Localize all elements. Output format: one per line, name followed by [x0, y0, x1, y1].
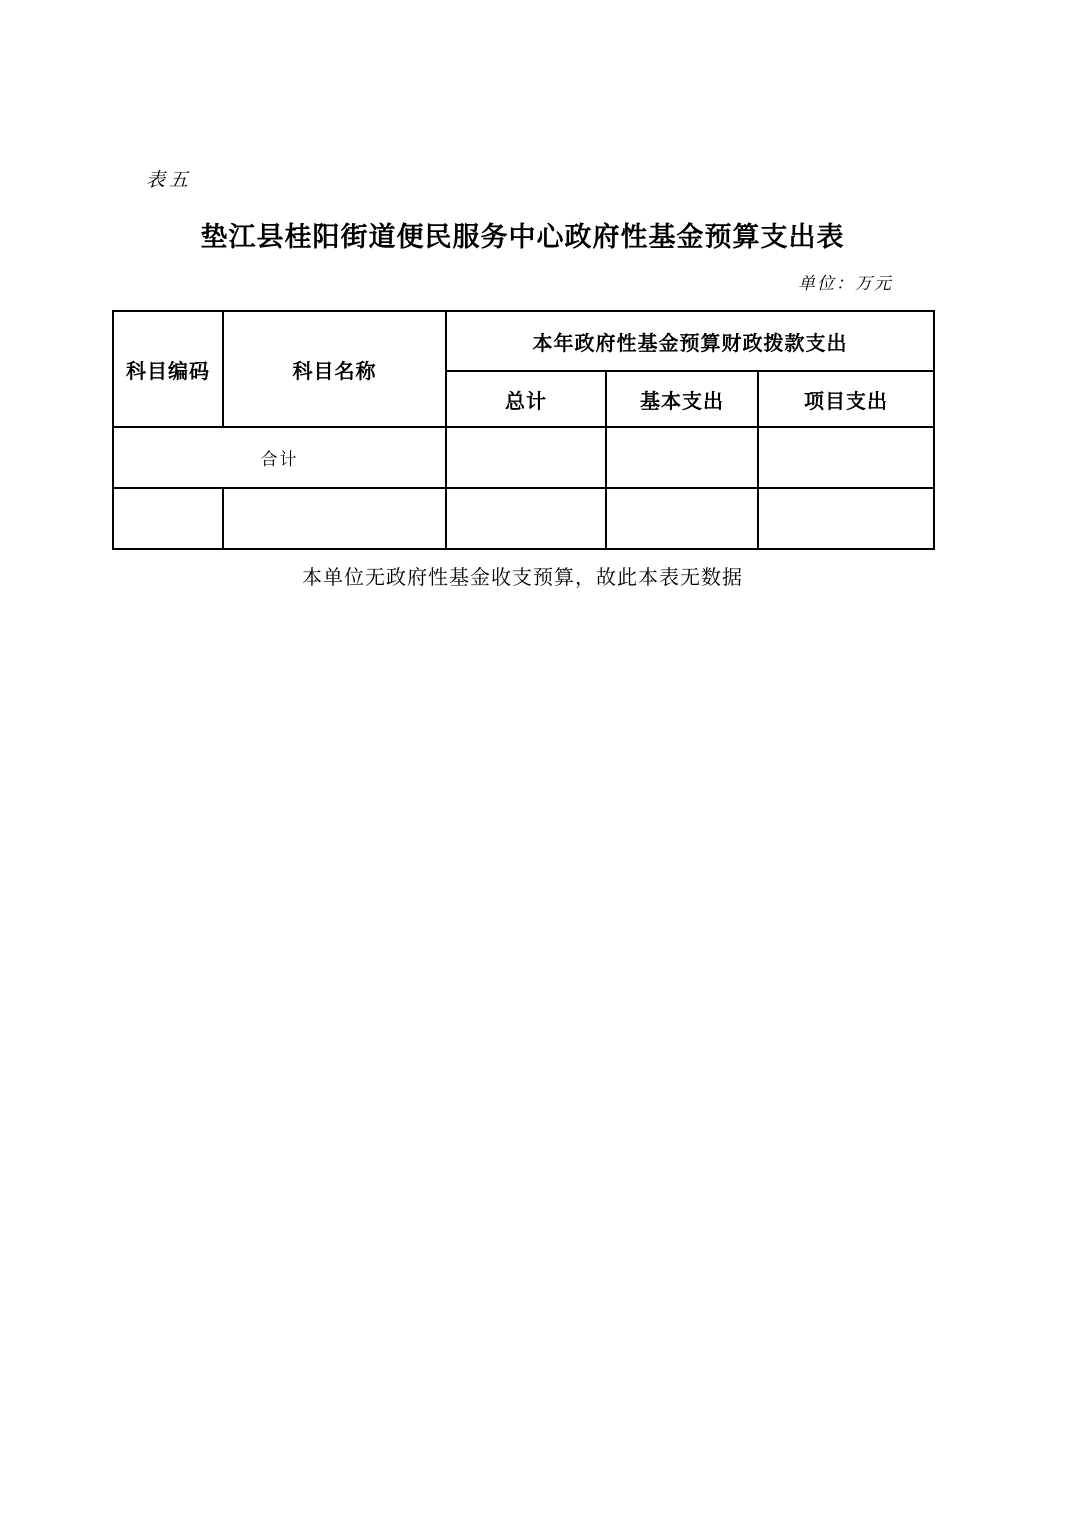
table-number-label: 表五	[146, 165, 192, 192]
cell-empty-name	[223, 488, 446, 549]
header-subject-code: 科目编码	[113, 311, 223, 427]
cell-total-basic	[606, 427, 758, 488]
header-basic-expenditure: 基本支出	[606, 371, 758, 427]
header-subject-name: 科目名称	[223, 311, 446, 427]
document-page: 表五 垫江县桂阳街道便民服务中心政府性基金预算支出表 单位：万元 科目编码 科目…	[0, 0, 1074, 1520]
cell-total-label: 合计	[113, 427, 446, 488]
cell-empty-code	[113, 488, 223, 549]
cell-total-total	[446, 427, 606, 488]
cell-empty-basic	[606, 488, 758, 549]
header-total: 总计	[446, 371, 606, 427]
header-project-expenditure: 项目支出	[758, 371, 934, 427]
header-group-fund-allocation: 本年政府性基金预算财政拨款支出	[446, 311, 934, 371]
table-header-row-1: 科目编码 科目名称 本年政府性基金预算财政拨款支出	[113, 311, 934, 371]
table-row-empty	[113, 488, 934, 549]
cell-total-project	[758, 427, 934, 488]
table-row-total: 合计	[113, 427, 934, 488]
cell-empty-project	[758, 488, 934, 549]
page-title: 垫江县桂阳街道便民服务中心政府性基金预算支出表	[112, 215, 933, 254]
cell-empty-total	[446, 488, 606, 549]
unit-label: 单位：万元	[112, 269, 893, 294]
budget-expenditure-table: 科目编码 科目名称 本年政府性基金预算财政拨款支出 总计 基本支出 项目支出 合…	[112, 310, 935, 550]
no-data-note: 本单位无政府性基金收支预算，故此本表无数据	[112, 561, 933, 590]
